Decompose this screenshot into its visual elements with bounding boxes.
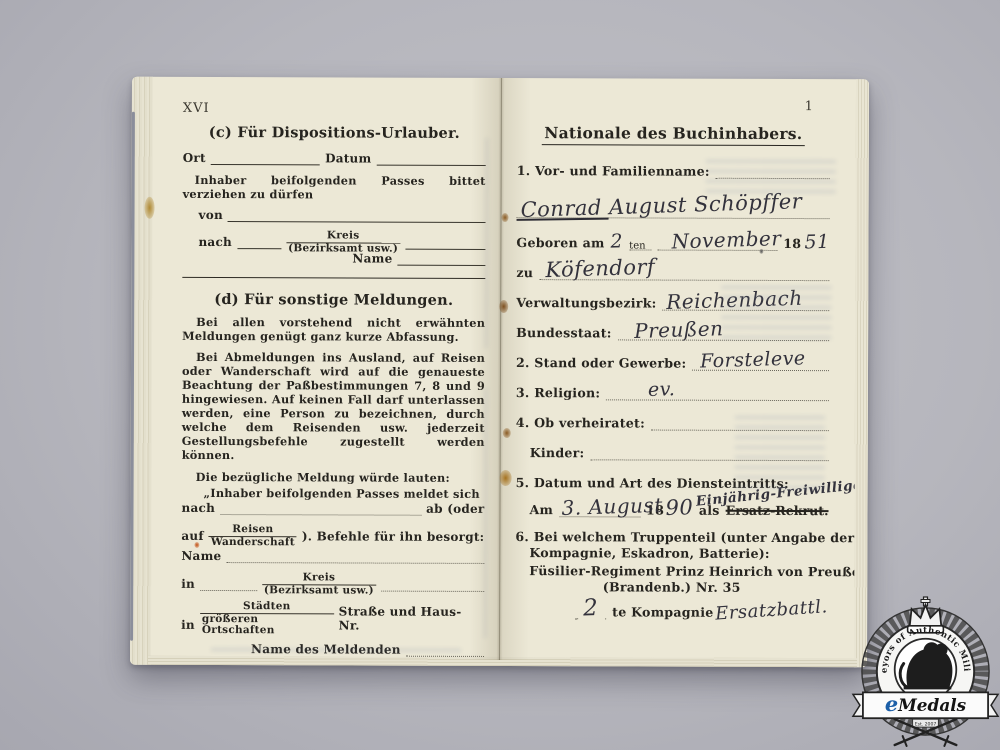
section-divider-rule	[182, 277, 485, 279]
photo-backdrop: XVI (c) Für Dispositions-Urlauber. Ort D…	[0, 0, 1000, 750]
staat-row: Bundesstaat: Preußen	[516, 325, 829, 341]
staedten-label: Städten	[243, 601, 291, 613]
company-row: 2 te Kompagnie Ersatzbattl.	[515, 598, 828, 620]
item3-row: 3. Religion: ev.	[516, 385, 829, 401]
nach-blank-line	[237, 237, 281, 249]
born-row: Geboren am 2 ten November 1851	[516, 233, 829, 251]
kinder-dotted-line	[590, 448, 828, 461]
staat-value-hand: Preußen	[633, 319, 723, 340]
item5-struck-text: Ersatz-Rekrut.Einjährig-Freiwilliger	[726, 503, 829, 518]
page-number-left: XVI	[183, 101, 486, 117]
item1-handwritten-name: Conrad August Schöpffer	[520, 192, 802, 220]
item2-dotted-line: Forsteleve	[692, 358, 829, 371]
item5-date-line: 3. August	[559, 505, 640, 518]
nach-label: nach	[198, 235, 232, 249]
item6-label2: Kompagnie, Eskadron, Batterie):	[529, 545, 770, 561]
kreis-label: Kreis	[327, 230, 360, 242]
item1-row: 1. Vor- und Familienname:	[517, 163, 830, 179]
item4-row: 4. Ob verheiratet:	[516, 415, 829, 431]
in2-label: in	[181, 618, 195, 632]
wanderschaft-label: Wanderschaft	[209, 536, 297, 549]
nach-label-d: nach	[181, 501, 215, 515]
item4-label: 4. Ob verheiratet:	[516, 415, 645, 430]
item5-year-hand: 90	[665, 498, 693, 518]
von-row: von	[183, 208, 486, 223]
military-pass-booklet: XVI (c) Für Dispositions-Urlauber. Ort D…	[130, 77, 869, 668]
page-stack-edge-right	[854, 79, 869, 667]
brand-e: e	[885, 691, 898, 716]
item2-label: 2. Stand oder Gewerbe:	[516, 355, 686, 371]
bezirk-label: Verwaltungsbezirk:	[516, 295, 656, 310]
nach-dotted-line	[220, 503, 421, 516]
bezirksamt-label: (Bezirksamt usw.)	[286, 242, 400, 255]
born-month-hand: November	[671, 229, 781, 250]
page-right: 1 Nationale des Buchinhabers. 1. Vor- un…	[499, 78, 856, 667]
item2-row: 2. Stand oder Gewerbe: Forsteleve	[516, 355, 829, 371]
born-suffix: ten	[629, 241, 645, 252]
emedals-watermark-badge: Purveyors of Authentic Militaria eMedals…	[851, 596, 1000, 750]
ort-datum-row: Ort Datum	[183, 151, 486, 166]
nach-row: nach Kreis (Bezirksamt usw.)	[182, 225, 485, 250]
item5-date-hand: 3. August	[561, 496, 663, 517]
bezirk-value-hand: Reichenbach	[666, 289, 803, 311]
staat-label: Bundesstaat:	[516, 325, 612, 340]
regiment-name: Füsilier-Regiment Prinz Heinrich von Pre…	[529, 563, 856, 579]
est-plaque: Est. 2007	[913, 719, 939, 727]
staat-dotted-line: Preußen	[618, 328, 829, 341]
page-left: XVI (c) Für Dispositions-Urlauber. Ort D…	[151, 77, 500, 666]
auf-row: auf Reisen Wanderschaft ). Befehle für i…	[181, 519, 484, 544]
born-century: 18	[783, 236, 801, 251]
ribbon-banner: eMedals	[853, 691, 998, 718]
company-label: te Kompagnie	[612, 604, 713, 619]
ort-blank-line	[211, 153, 320, 165]
zu-value-hand: Köfendorf	[545, 258, 655, 280]
section-d-para2: Bei Abmeldungen ins Ausland, auf Reisen …	[182, 350, 485, 463]
item6-row: 6. Bei welchem Truppenteil (unter Angabe…	[515, 529, 828, 545]
item1-dotted-line	[716, 166, 830, 179]
zu-dotted-line: Köfendorf	[539, 268, 829, 282]
company-dotted-right	[605, 606, 607, 619]
kreis-bezirksamt-fraction: Kreis (Bezirksamt usw.)	[286, 230, 400, 254]
born-suffix-wrap: ten	[629, 241, 651, 251]
emedals-wordmark: eMedals	[885, 691, 967, 716]
section-c-intro: Inhaber beifolgenden Passes bittet verzi…	[183, 173, 486, 202]
auf-label: auf	[181, 529, 203, 543]
strasse-label: Straße und Haus-Nr.	[339, 604, 480, 632]
section-d-para3: Die bezügliche Meldung würde lauten:	[182, 470, 485, 485]
item5-am-label: Am	[529, 502, 553, 517]
meldender-row: Name des Meldenden	[181, 642, 484, 657]
bezirk-dotted-line: Reichenbach	[663, 298, 830, 311]
section-d-para1: Bei allen vorstehend nicht erwähnten Mel…	[182, 315, 485, 344]
staedten-row: in Städten größeren Ortschaften Straße u…	[181, 596, 484, 633]
reisen-label: Reisen	[232, 524, 273, 536]
name-label-d: Name	[181, 549, 221, 563]
born-month-line: November	[657, 238, 777, 251]
company-hand-note: Ersatzbattl.	[715, 600, 828, 624]
nach-dotted-row: nach ab (oder	[181, 501, 484, 516]
page-number-right: 1	[517, 98, 830, 114]
company-dotted-left	[575, 606, 577, 619]
regiment-row2: (Brandenb.) Nr. 35	[515, 579, 828, 595]
name-dotted-line-d	[226, 551, 484, 564]
datum-label: Datum	[325, 151, 371, 165]
in-kreis-row: in Kreis (Bezirksamt usw.)	[181, 567, 484, 592]
kinder-row: Kinder:	[516, 445, 829, 461]
est-text: Est. 2007	[915, 721, 937, 727]
kreis-label-d: Kreis	[303, 573, 336, 585]
item1-label: 1. Vor- und Familienname:	[517, 163, 710, 179]
in-label: in	[181, 577, 195, 591]
item4-dotted-line	[651, 418, 829, 431]
page-stack-edge-left	[130, 77, 153, 665]
kreis-bezirksamt-fraction-d: Kreis (Bezirksamt usw.)	[262, 572, 376, 596]
born-day-hand: 2	[610, 233, 623, 250]
item6-label1: 6. Bei welchem Truppenteil (unter Angabe…	[515, 529, 854, 545]
section-d-heading: (d) Für sonstige Meldungen.	[182, 291, 485, 309]
ort-label: Ort	[183, 151, 206, 165]
item3-value-hand: ev.	[648, 381, 676, 399]
name-row-d: Name	[181, 549, 484, 564]
bezirksamt-label-d: (Bezirksamt usw.)	[262, 584, 376, 597]
ortschaften-label: größeren Ortschaften	[200, 613, 334, 638]
staedten-ortschaften-fraction: Städten größeren Ortschaften	[200, 601, 334, 637]
item5-entry-row: Am 3. August 1890 als Ersatz-Rekrut.Einj…	[515, 498, 828, 518]
item3-dotted-line: ev.	[606, 388, 829, 401]
meldender-label: Name des Meldenden	[251, 642, 401, 657]
regiment-row: Füsilier-Regiment Prinz Heinrich von Pre…	[515, 563, 828, 579]
von-label: von	[199, 208, 224, 222]
born-year-hand: 51	[804, 234, 830, 252]
zu-row: zu Köfendorf	[516, 265, 829, 281]
datum-blank-line	[376, 154, 485, 166]
regiment-number: (Brandenb.) Nr. 35	[603, 579, 741, 594]
kinder-label: Kinder:	[530, 445, 585, 460]
quote-line: „Inhaber beifolgenden Passes meldet sich	[182, 486, 485, 501]
bezirk-row: Verwaltungsbezirk: Reichenbach	[516, 295, 829, 311]
reisen-wanderschaft-fraction: Reisen Wanderschaft	[209, 524, 297, 548]
company-number-hand: 2	[583, 598, 599, 619]
brand-medals: Medals	[897, 695, 967, 715]
item2-value-hand: Forsteleve	[700, 350, 806, 370]
nationale-heading: Nationale des Buchinhabers.	[517, 123, 830, 146]
item1-value-line: Conrad August Schöpffer	[517, 192, 830, 219]
nationale-heading-text: Nationale des Buchinhabers.	[542, 123, 804, 146]
item6-row2: Kompagnie, Eskadron, Batterie):	[515, 545, 828, 561]
in-dotted-line	[200, 579, 257, 591]
befehle-label: ). Befehle für ihn besorgt:	[302, 529, 485, 544]
von-blank-line	[228, 210, 486, 223]
section-c-heading: (c) Für Dispositions-Urlauber.	[183, 124, 486, 142]
